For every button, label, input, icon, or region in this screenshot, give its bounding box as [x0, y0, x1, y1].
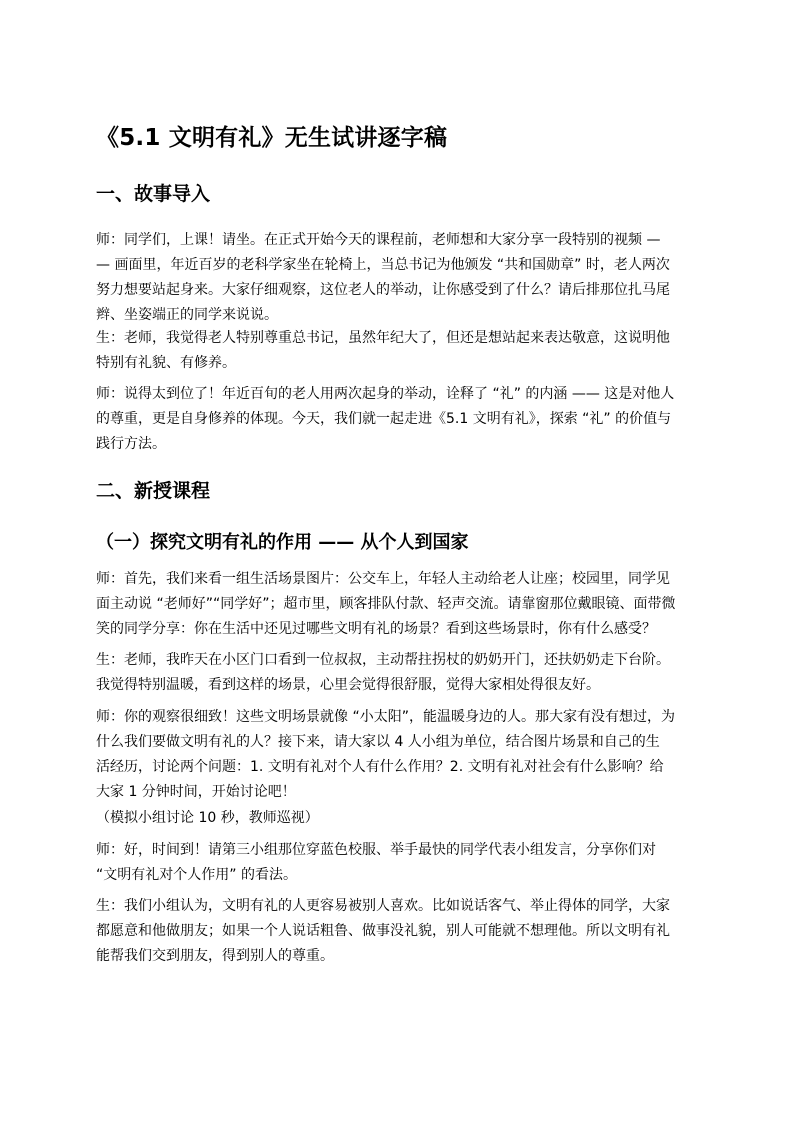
paragraph-teacher-intro: 师：同学们，上课！请坐。在正式开始今天的课程前，老师想和大家分享一段特别的视频 …: [96, 228, 699, 328]
paragraph-teacher-discussion: 师：你的观察很细致！这些文明场景就像 “小太阳”，能温暖身边的人。那大家有没有想…: [96, 705, 699, 805]
text-line: 师：首先，我们来看一组生活场景图片：公交车上，年轻人主动给老人让座；校园里，同学…: [96, 567, 699, 592]
text-line: 生：老师，我昨天在小区门口看到一位叔叔，主动帮拄拐杖的奶奶开门，还扶奶奶走下台阶…: [96, 648, 699, 673]
text-line: 大家 1 分钟时间，开始讨论吧！: [96, 780, 699, 805]
text-line: 辫、坐姿端正的同学来说说。: [96, 303, 699, 328]
text-line: 师：说得太到位了！年近百旬的老人用两次起身的举动，诠释了 “礼” 的内涵 —— …: [96, 382, 699, 407]
text-line: 的尊重，更是自身修养的体现。今天，我们就一起走进《5.1 文明有礼》，探索 “礼…: [96, 407, 699, 432]
text-line: 生：我们小组认为，文明有礼的人更容易被别人喜欢。比如说话客气、举止得体的同学，大…: [96, 894, 699, 919]
text-line: 师：好，时间到！请第三小组那位穿蓝色校服、举手最快的同学代表小组发言，分享你们对: [96, 838, 699, 863]
text-line: 笑的同学分享：你在生活中还见过哪些文明有礼的场景？看到这些场景时，你有什么感受？: [96, 617, 699, 642]
text-line: 能帮我们交到朋友，得到别人的尊重。: [96, 944, 699, 969]
subsection-heading-role-of-civility: （一）探究文明有礼的作用 —— 从个人到国家: [96, 529, 469, 557]
section-heading-story-intro: 一、故事导入: [96, 180, 210, 208]
text-line: （模拟小组讨论 10 秒，教师巡视）: [96, 806, 699, 831]
text-line: 践行方法。: [96, 432, 699, 457]
text-line: 什么我们要做文明有礼的人？接下来，请大家以 4 人小组为单位，结合图片场景和自己…: [96, 730, 699, 755]
text-line: 特别有礼貌、有修养。: [96, 351, 699, 376]
text-line: 师：同学们，上课！请坐。在正式开始今天的课程前，老师想和大家分享一段特别的视频 …: [96, 228, 699, 253]
paragraph-student-group-answer: 生：我们小组认为，文明有礼的人更容易被别人喜欢。比如说话客气、举止得体的同学，大…: [96, 894, 699, 969]
paragraph-teacher-summary: 师：说得太到位了！年近百旬的老人用两次起身的举动，诠释了 “礼” 的内涵 —— …: [96, 382, 699, 457]
paragraph-student-reply: 生：老师，我觉得老人特别尊重总书记，虽然年纪大了，但还是想站起来表达敬意，这说明…: [96, 326, 699, 376]
paragraph-teacher-scenes: 师：首先，我们来看一组生活场景图片：公交车上，年轻人主动给老人让座；校园里，同学…: [96, 567, 699, 642]
document-page: 《5.1 文明有礼》无生试讲逐字稿 一、故事导入 师：同学们，上课！请坐。在正式…: [0, 0, 793, 1122]
paragraph-teacher-call: 师：好，时间到！请第三小组那位穿蓝色校服、举手最快的同学代表小组发言，分享你们对…: [96, 838, 699, 888]
text-line: 面主动说 “老师好”“同学好”；超市里，顾客排队付款、轻声交流。请靠窗那位戴眼镜…: [96, 592, 699, 617]
text-line: 努力想要站起身来。大家仔细观察，这位老人的举动，让你感受到了什么？请后排那位扎马…: [96, 278, 699, 303]
text-line: 我觉得特别温暖，看到这样的场景，心里会觉得很舒服，觉得大家相处得很友好。: [96, 673, 699, 698]
text-line: “文明有礼对个人作用” 的看法。: [96, 863, 699, 888]
section-heading-new-lesson: 二、新授课程: [96, 477, 210, 505]
document-title: 《5.1 文明有礼》无生试讲逐字稿: [96, 121, 447, 155]
paragraph-student-observation: 生：老师，我昨天在小区门口看到一位叔叔，主动帮拄拐杖的奶奶开门，还扶奶奶走下台阶…: [96, 648, 699, 698]
text-line: — 画面里，年近百岁的老科学家坐在轮椅上，当总书记为他颁发 “共和国勋章” 时，…: [96, 253, 699, 278]
paragraph-stage-direction: （模拟小组讨论 10 秒，教师巡视）: [96, 806, 699, 831]
text-line: 生：老师，我觉得老人特别尊重总书记，虽然年纪大了，但还是想站起来表达敬意，这说明…: [96, 326, 699, 351]
text-line: 都愿意和他做朋友；如果一个人说话粗鲁、做事没礼貌，别人可能就不想理他。所以文明有…: [96, 919, 699, 944]
text-line: 师：你的观察很细致！这些文明场景就像 “小太阳”，能温暖身边的人。那大家有没有想…: [96, 705, 699, 730]
text-line: 活经历，讨论两个问题：1. 文明有礼对个人有什么作用？2. 文明有礼对社会有什么…: [96, 755, 699, 780]
